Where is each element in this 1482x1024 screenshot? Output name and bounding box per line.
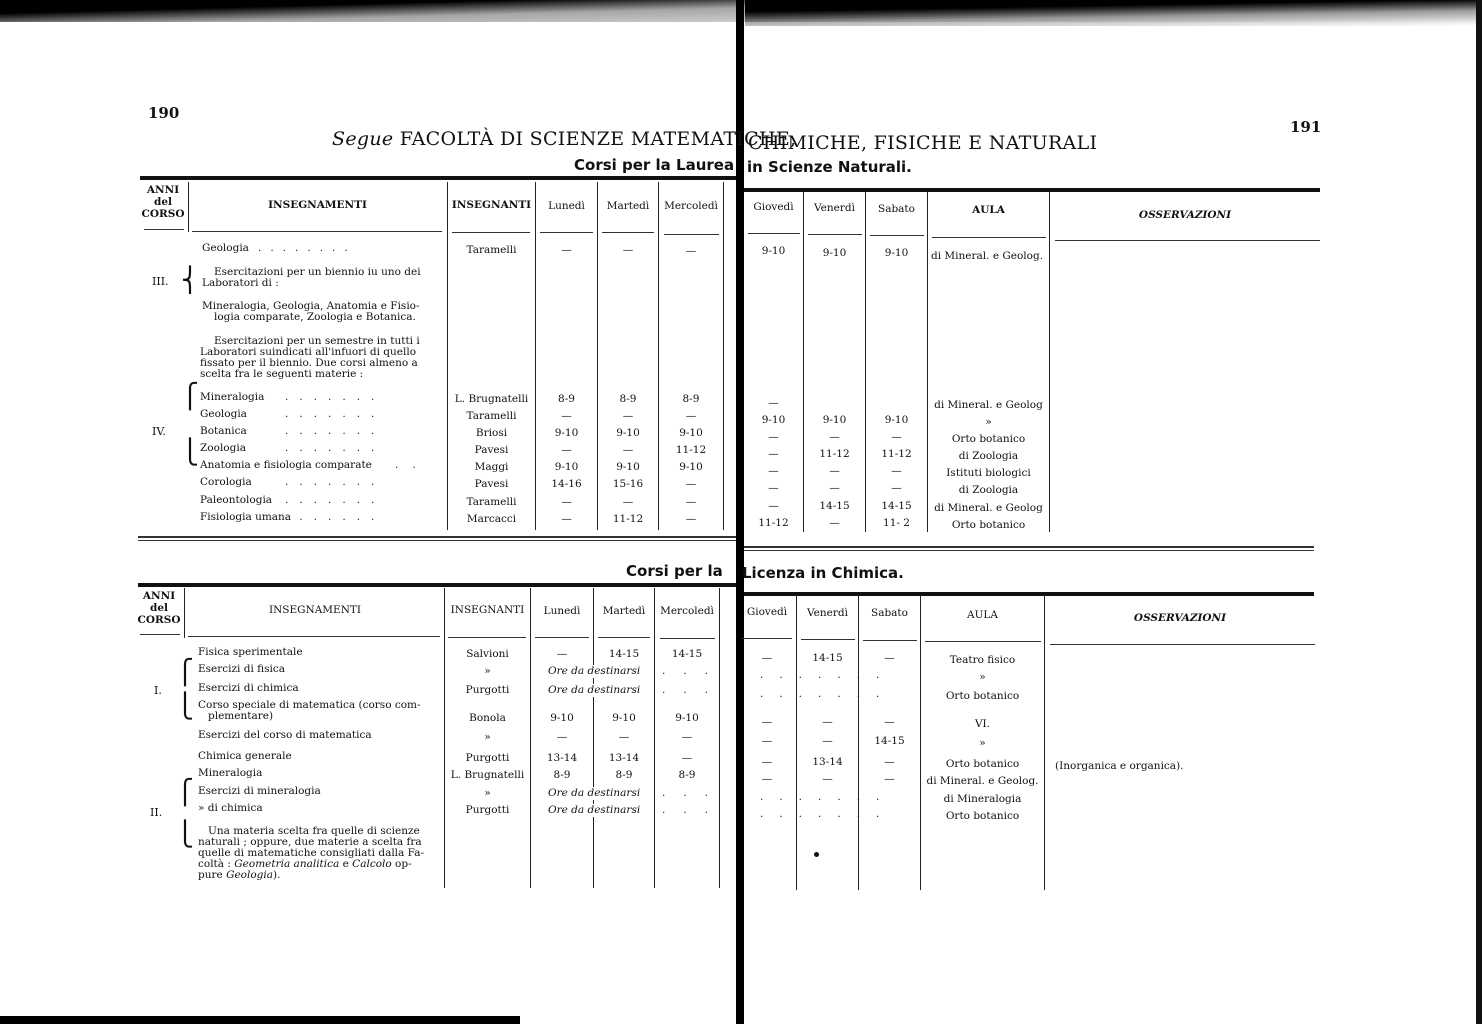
room: di Mineral. e Geolog xyxy=(928,399,1049,412)
mar-cell: 9-10 xyxy=(594,712,654,725)
room: VI. xyxy=(921,718,1044,731)
teacher: L. Brugnatelli xyxy=(445,769,530,782)
ven-cell: 11-12 xyxy=(804,448,865,461)
leader-dots: ....... xyxy=(760,688,895,701)
book-gutter xyxy=(736,0,744,1024)
lun-cell: 9-10 xyxy=(536,461,597,474)
room: » xyxy=(921,671,1044,684)
title-text: FACOLTÀ DI SCIENZE MATEMATICHE, xyxy=(400,128,797,150)
header-insegnanti: INSEGNANTI xyxy=(448,199,535,211)
hours-to-be-assigned: Ore da destinarsi xyxy=(548,787,640,800)
subject: Mineralogia xyxy=(198,767,262,780)
header-lunedi: Lunedì xyxy=(531,605,593,617)
teacher: Maggi xyxy=(448,461,535,474)
room: di Mineral. e Geolog. xyxy=(931,250,1043,263)
header-osservazioni: OSSERVAZIONI xyxy=(1050,209,1320,221)
brace-icon: ⎧ xyxy=(176,660,194,684)
mar-cell: 14-15 xyxy=(594,648,654,661)
room: Istituti biologici xyxy=(928,467,1049,480)
header-underline xyxy=(448,637,526,638)
ven-cell: 9-10 xyxy=(804,414,865,427)
header-martedi: Martedì xyxy=(594,605,654,617)
ven-cell: — xyxy=(804,431,865,444)
scan-top-shadow-right xyxy=(745,0,1482,26)
leader-dots: ... xyxy=(662,804,726,817)
header-underline xyxy=(932,237,1046,238)
ven-cell: — xyxy=(797,716,858,729)
ven-cell: — xyxy=(797,773,858,786)
header-insegnamenti: INSEGNAMENTI xyxy=(190,199,445,211)
scan-bottom-edge xyxy=(0,1016,520,1024)
mer-cell: — xyxy=(659,513,723,526)
page-number-left: 190 xyxy=(148,104,179,122)
mar-cell: 11-12 xyxy=(598,513,658,526)
teacher: Taramelli xyxy=(448,244,535,257)
table2-top-rule-left xyxy=(138,583,736,587)
sab-cell: — xyxy=(859,716,920,729)
ven-cell: — xyxy=(804,465,865,478)
wednesday: — xyxy=(659,245,723,258)
header-underline xyxy=(1055,240,1320,241)
header-sabato: Sabato xyxy=(866,203,927,215)
text: e xyxy=(339,858,352,870)
subject: Esercizi di chimica xyxy=(198,682,299,695)
teacher: Briosi xyxy=(448,427,535,440)
header-aula: AULA xyxy=(928,204,1049,216)
header-mercoledi: Mercoledì xyxy=(659,200,723,212)
sab-cell: 11- 2 xyxy=(866,517,927,530)
header-giovedi: Giovedì xyxy=(744,201,803,213)
header-underline xyxy=(870,235,924,236)
room: Teatro fisico xyxy=(921,654,1044,667)
room: Orto botanico xyxy=(928,433,1049,446)
year-label-ii: II. xyxy=(150,806,162,819)
room: di Zoologia xyxy=(928,484,1049,497)
mer-cell: — xyxy=(659,410,723,423)
mer-cell: 14-15 xyxy=(655,648,719,661)
teacher: » xyxy=(445,731,530,744)
header-underline xyxy=(742,638,792,639)
leader-dots: ....... xyxy=(285,391,385,404)
brace-icon: ⎩ xyxy=(176,822,194,846)
lun-cell: — xyxy=(536,496,597,509)
teacher: Pavesi xyxy=(448,478,535,491)
section-title-licenza-left: Corsi per la xyxy=(626,562,723,580)
sab-cell: — xyxy=(859,652,920,665)
brace-icon: ⎩ xyxy=(176,694,194,718)
gio-cell: — xyxy=(738,652,796,665)
teacher: Bonola xyxy=(445,712,530,725)
header-underline xyxy=(188,636,440,637)
header-anni-del-corso: ANNI del CORSO xyxy=(140,184,186,220)
leader-dots: ....... xyxy=(285,511,385,524)
subject: Mineralogia xyxy=(200,391,264,404)
header-anni: ANNI xyxy=(136,590,182,602)
gio-cell: — xyxy=(744,500,803,513)
header-del: del xyxy=(136,602,182,614)
divider xyxy=(184,588,185,638)
lun-cell: — xyxy=(536,513,597,526)
mar-cell: — xyxy=(598,496,658,509)
year-label-iv: IV. xyxy=(152,425,166,438)
sab-cell: 9-10 xyxy=(866,414,927,427)
sab-cell: — xyxy=(866,431,927,444)
subject: Esercizi di fisica xyxy=(198,663,285,676)
mar-cell: 9-10 xyxy=(598,427,658,440)
section-title-laurea-right: in Scienze Naturali. xyxy=(747,158,912,176)
teacher: Taramelli xyxy=(448,496,535,509)
subject: Fisica sperimentale xyxy=(198,646,303,659)
mer-cell: 8-9 xyxy=(655,769,719,782)
teacher: Purgotti xyxy=(445,804,530,817)
header-del: del xyxy=(140,196,186,208)
section-divider xyxy=(138,536,736,538)
subject: Zoologia xyxy=(200,442,246,455)
teacher: Salvioni xyxy=(445,648,530,661)
mar-cell: 8-9 xyxy=(598,393,658,406)
sab-cell: 11-12 xyxy=(866,448,927,461)
teacher: Purgotti xyxy=(445,752,530,765)
year-label-i: I. xyxy=(154,684,162,697)
divider xyxy=(1049,192,1050,532)
table1-top-rule-left xyxy=(140,176,736,180)
header-underline xyxy=(801,639,855,640)
mar-cell: — xyxy=(594,731,654,744)
lun-cell: 8-9 xyxy=(531,769,593,782)
header-osservazioni: OSSERVAZIONI xyxy=(1045,612,1315,624)
mar-cell: 15-16 xyxy=(598,478,658,491)
header-underline xyxy=(925,641,1041,642)
gio-cell: 11-12 xyxy=(744,517,803,530)
section-title-licenza-right: Licenza in Chimica. xyxy=(742,564,904,582)
leader-dots: ....... xyxy=(285,476,385,489)
gio-cell: — xyxy=(738,735,796,748)
header-martedi: Martedì xyxy=(598,200,658,212)
room: di Mineralogia xyxy=(921,793,1044,806)
title-prefix: Segue xyxy=(332,128,393,150)
lun-cell: — xyxy=(531,731,593,744)
thursday: 9-10 xyxy=(744,245,803,258)
ven-cell: 13-14 xyxy=(797,756,858,769)
header-mercoledi: Mercoledì xyxy=(655,605,719,617)
header-underline xyxy=(535,637,589,638)
header-aula: AULA xyxy=(921,609,1044,621)
gio-cell: 9-10 xyxy=(744,414,803,427)
header-underline xyxy=(1050,644,1315,645)
header-underline xyxy=(192,231,442,232)
divider xyxy=(723,182,724,530)
gio-cell: — xyxy=(744,465,803,478)
monday: — xyxy=(536,244,597,257)
note-semestre: Esercitazioni per un semestre in tutti i… xyxy=(200,336,420,380)
header-underline xyxy=(664,234,719,235)
room: di Zoologia xyxy=(928,450,1049,463)
sab-cell: 14-15 xyxy=(866,500,927,513)
gio-cell: — xyxy=(738,773,796,786)
header-underline xyxy=(540,232,593,233)
text: pure xyxy=(198,869,226,881)
subject: Geologia xyxy=(200,408,247,421)
subject: Fisiologia umana xyxy=(200,511,291,524)
leader-dots: ... xyxy=(662,787,726,800)
note-line: pure Geologia). xyxy=(198,870,424,881)
hours-to-be-assigned: Ore da destinarsi xyxy=(548,804,640,817)
sab-cell: — xyxy=(859,756,920,769)
scan-right-edge xyxy=(1476,0,1482,1024)
mer-cell: — xyxy=(659,496,723,509)
lun-cell: — xyxy=(531,648,593,661)
divider xyxy=(865,192,866,532)
ven-cell: 14-15 xyxy=(804,500,865,513)
brace-icon: ⎨ xyxy=(181,268,199,292)
gio-cell: — xyxy=(744,431,803,444)
gio-cell: — xyxy=(738,756,796,769)
header-underline xyxy=(598,637,650,638)
ven-cell: — xyxy=(797,735,858,748)
leader-dots: ....... xyxy=(285,408,385,421)
header-anni-del-corso: ANNI del CORSO xyxy=(136,590,182,626)
text: Calcolo xyxy=(352,858,392,870)
subject-cont: plementare) xyxy=(208,711,273,722)
leader-dots: ....... xyxy=(285,442,385,455)
lun-cell: 14-16 xyxy=(536,478,597,491)
header-underline xyxy=(452,232,530,233)
section-title-laurea-left: Corsi per la Laurea xyxy=(574,156,734,174)
ven-cell: — xyxy=(804,482,865,495)
header-underline xyxy=(660,638,715,639)
gio-cell: — xyxy=(744,482,803,495)
table1-top-rule-right xyxy=(744,188,1320,192)
lun-cell: — xyxy=(536,410,597,423)
ven-cell: 14-15 xyxy=(797,652,858,665)
hours-to-be-assigned: Ore da destinarsi xyxy=(548,684,640,697)
sab-cell: — xyxy=(859,773,920,786)
lun-cell: 9-10 xyxy=(531,712,593,725)
final-note: Una materia scelta fra quelle di scienze… xyxy=(198,826,424,881)
mer-cell: 9-10 xyxy=(659,427,723,440)
brace-icon: ⎩ xyxy=(181,440,199,464)
gio-cell: — xyxy=(738,716,796,729)
divider xyxy=(719,588,720,888)
room: » xyxy=(928,416,1049,429)
gio-cell: — xyxy=(744,397,803,410)
header-insegnamenti: INSEGNAMENTI xyxy=(186,604,444,616)
mer-cell: — xyxy=(655,752,719,765)
mer-cell: 9-10 xyxy=(659,461,723,474)
subject: Esercizi di mineralogia xyxy=(198,785,321,798)
subject: Botanica xyxy=(200,425,247,438)
leader-dots: ....... xyxy=(760,791,895,804)
teacher: » xyxy=(445,787,530,800)
text: Geologia xyxy=(226,869,273,881)
header-underline xyxy=(808,234,862,235)
lun-cell: 13-14 xyxy=(531,752,593,765)
mar-cell: — xyxy=(598,410,658,423)
subject: Corologia xyxy=(200,476,252,489)
header-underline xyxy=(863,640,917,641)
note-biennio: Esercitazioni per un biennio iu uno dei … xyxy=(202,267,421,289)
page-title-left: Segue FACOLTÀ DI SCIENZE MATEMATICHE, xyxy=(332,128,796,150)
year-label-iii: III. xyxy=(152,275,169,288)
leader-dots: ....... xyxy=(285,425,385,438)
gio-cell: — xyxy=(744,448,803,461)
section-divider xyxy=(744,546,1314,548)
room: Orto botanico xyxy=(921,690,1044,703)
mer-cell: 11-12 xyxy=(659,444,723,457)
sab-cell: 14-15 xyxy=(859,735,920,748)
teacher: L. Brugnatelli xyxy=(448,393,535,406)
lun-cell: — xyxy=(536,444,597,457)
room: di Mineral. e Geolog. xyxy=(921,775,1044,788)
room: Orto botanico xyxy=(921,810,1044,823)
leader-dots: .. xyxy=(395,459,430,472)
page-title-right: CHIMICHE, FISICHE E NATURALI xyxy=(748,132,1097,154)
text: ). xyxy=(273,869,280,881)
mer-cell: 8-9 xyxy=(659,393,723,406)
mar-cell: — xyxy=(598,444,658,457)
brace-icon: ⎧ xyxy=(176,780,194,804)
room: di Mineral. e Geolog xyxy=(928,502,1049,515)
subject: Anatomia e fisiologia comparate xyxy=(200,459,372,472)
mer-cell: — xyxy=(659,478,723,491)
divider xyxy=(1044,596,1045,890)
room: Orto botanico xyxy=(928,519,1049,532)
hours-to-be-assigned: Ore da destinarsi xyxy=(548,665,640,678)
note-line: logia comparate, Zoologia e Botanica. xyxy=(202,312,420,323)
table2-top-rule-right xyxy=(744,592,1314,596)
ven-cell: — xyxy=(804,517,865,530)
section-divider xyxy=(744,550,1314,551)
mer-cell: — xyxy=(655,731,719,744)
header-venerdi: Venerdì xyxy=(804,202,865,214)
header-underline xyxy=(144,229,184,230)
room: » xyxy=(921,737,1044,750)
leader-dots: ... xyxy=(662,684,726,697)
subject: » di chimica xyxy=(198,802,263,815)
leader-dots: ... xyxy=(662,665,726,678)
header-underline xyxy=(748,233,800,234)
lun-cell: 9-10 xyxy=(536,427,597,440)
teacher: Purgotti xyxy=(445,684,530,697)
divider xyxy=(188,182,189,232)
mar-cell: 13-14 xyxy=(594,752,654,765)
lun-cell: 8-9 xyxy=(536,393,597,406)
sab-cell: — xyxy=(866,465,927,478)
header-underline xyxy=(140,634,180,635)
header-lunedi: Lunedì xyxy=(536,200,597,212)
header-venerdi: Venerdì xyxy=(797,607,858,619)
divider xyxy=(927,192,928,532)
header-insegnanti: INSEGNANTI xyxy=(445,604,530,616)
mer-cell: 9-10 xyxy=(655,712,719,725)
note-laboratori: Mineralogia, Geologia, Anatomia e Fisio-… xyxy=(202,301,420,323)
text: op- xyxy=(392,858,412,870)
leader-dots: ....... xyxy=(285,494,385,507)
subject: Esercizi del corso di matematica xyxy=(198,729,372,742)
note-line: Laboratori di : xyxy=(202,278,421,289)
mar-cell: 9-10 xyxy=(598,461,658,474)
tuesday: — xyxy=(598,244,658,257)
saturday: 9-10 xyxy=(866,247,927,260)
room: Orto botanico xyxy=(921,758,1044,771)
teacher: » xyxy=(445,665,530,678)
subject: Geologia xyxy=(202,242,249,255)
header-underline xyxy=(602,232,654,233)
leader-dots: ....... xyxy=(760,808,895,821)
teacher: Taramelli xyxy=(448,410,535,423)
note-line: scelta fra le seguenti materie : xyxy=(200,369,420,380)
page-number-right: 191 xyxy=(1290,118,1321,136)
header-corso: CORSO xyxy=(136,614,182,626)
header-giovedi: Giovedì xyxy=(738,606,796,618)
observation: (Inorganica e organica). xyxy=(1055,760,1184,773)
divider xyxy=(803,192,804,532)
sab-cell: — xyxy=(866,482,927,495)
brace-icon: ⎧ xyxy=(181,384,199,408)
teacher: Pavesi xyxy=(448,444,535,457)
leader-dots: ....... xyxy=(760,669,895,682)
friday: 9-10 xyxy=(804,247,865,260)
leader-dots: ........ xyxy=(258,242,357,255)
teacher: Marcacci xyxy=(448,513,535,526)
subject: Paleontologia xyxy=(200,494,272,507)
subject: Chimica generale xyxy=(198,750,292,763)
header-anni: ANNI xyxy=(140,184,186,196)
header-corso: CORSO xyxy=(140,208,186,220)
ink-dot xyxy=(814,852,819,857)
header-sabato: Sabato xyxy=(859,607,920,619)
section-divider xyxy=(138,540,736,541)
mar-cell: 8-9 xyxy=(594,769,654,782)
